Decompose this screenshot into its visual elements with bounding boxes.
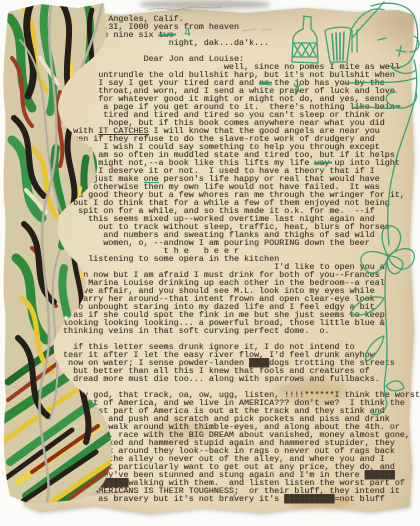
letter-line: as bravery but it's not bravery it's ███… (58, 495, 420, 503)
letter-line: dread more must die too... along with sp… (58, 375, 420, 383)
letter-line: night, dak...da'k... (58, 39, 420, 47)
scanned-letter: Los Angeles, Calif. Oct.3I, I000 years f… (0, 0, 420, 526)
letter-line: thinking veins in that soft curving perf… (58, 327, 420, 335)
letter-text: Los Angeles, Calif. Oct.3I, I000 years f… (58, 15, 420, 503)
